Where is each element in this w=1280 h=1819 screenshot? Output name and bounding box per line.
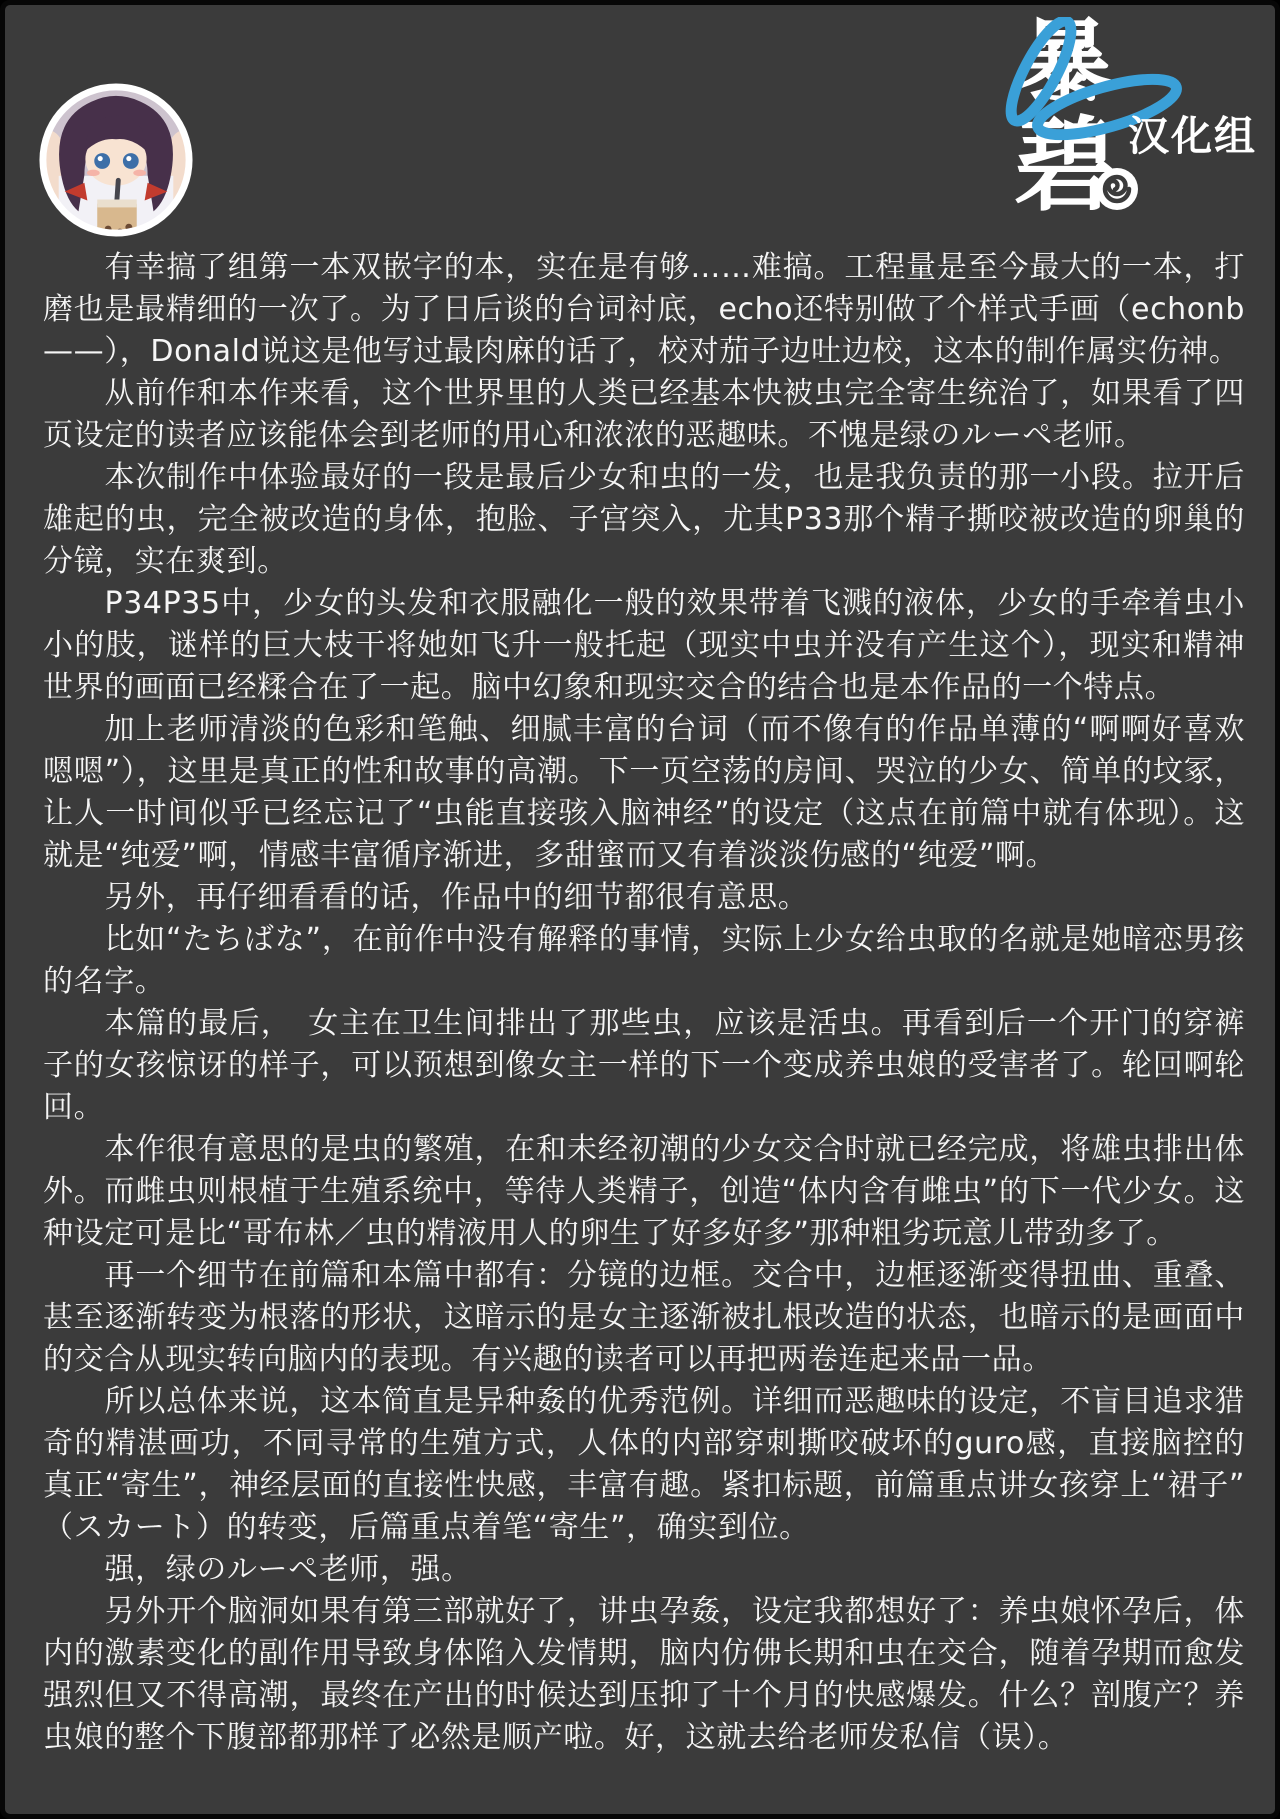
paragraph: 从前作和本作来看，这个世界里的人类已经基本快被虫完全寄生统治了，如果看了四页设定… [43,373,1245,457]
paragraph: 另外开个脑洞如果有第三部就好了，讲虫孕姦，设定我都想好了：养虫娘怀孕后，体内的激… [43,1591,1245,1759]
paragraph: 有幸搞了组第一本双嵌字的本，实在是有够……难搞。工程量是至今最大的一本，打磨也是… [43,247,1245,373]
group-logo: 暴 碧 汉化组 [965,17,1257,255]
paragraph: 比如“たちばな”，在前作中没有解释的事情，实际上少女给虫取的名就是她暗恋男孩的名… [43,919,1245,1003]
logo-char-bottom: 碧 [1003,115,1127,219]
afterword-text: 有幸搞了组第一本双嵌字的本，实在是有够……难搞。工程量是至今最大的一本，打磨也是… [43,247,1245,1759]
avatar-illustration [37,81,195,239]
paragraph: P34P35中，少女的头发和衣服融化一般的效果带着飞溅的液体，少女的手牵着虫小小… [43,583,1245,709]
logo-characters: 暴 碧 [1003,17,1127,219]
logo-suffix: 汉化组 [1128,103,1257,162]
page: 暴 碧 汉化组 有幸搞了组第一本双嵌字的本，实在是有够……难搞。工程量是至今最大… [0,0,1280,1819]
paragraph: 加上老师清淡的色彩和笔触、细腻丰富的台词（而不像有的作品单薄的“啊啊好喜欢嗯嗯”… [43,709,1245,877]
paragraph: 本次制作中体验最好的一段是最后少女和虫的一发，也是我负责的那一小段。拉开后雄起的… [43,457,1245,583]
paragraph: 再一个细节在前篇和本篇中都有：分镜的边框。交合中，边框逐渐变得扭曲、重叠、甚至逐… [43,1255,1245,1381]
paragraph: 本作很有意思的是虫的繁殖，在和未经初潮的少女交合时就已经完成，将雄虫排出体外。而… [43,1129,1245,1255]
paragraph: 强，绿のルーペ老师，强。 [43,1549,1245,1591]
paragraph: 本篇的最后， 女主在卫生间排出了那些虫，应该是活虫。再看到后一个开门的穿裤子的女… [43,1003,1245,1129]
paragraph: 所以总体来说，这本简直是异种姦的优秀范例。详细而恶趣味的设定，不盲目追求猎奇的精… [43,1381,1245,1549]
avatar [37,81,195,239]
logo-char-top: 暴 [1003,17,1127,113]
paragraph: 另外，再仔细看看的话，作品中的细节都很有意思。 [43,877,1245,919]
